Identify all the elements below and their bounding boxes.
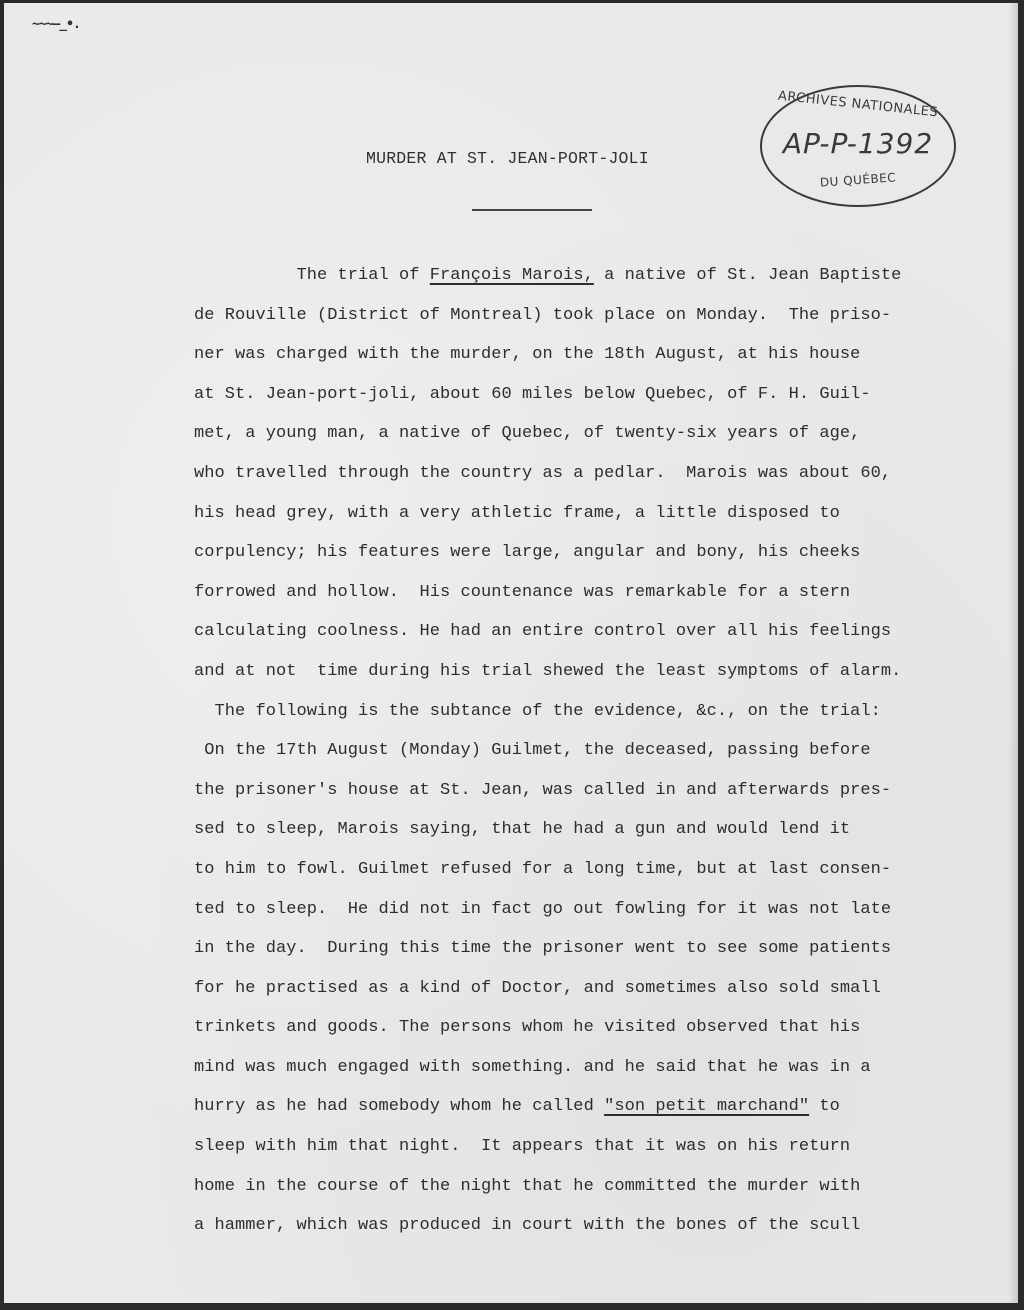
text-line: The following is the subtance of the evi… [194,697,1018,737]
text-segment: and at not time during his trial shewed … [194,662,901,681]
text-segment: forrowed and hollow. His countenance was… [194,583,850,602]
scanned-document-page: ~~~—_•. ARCHIVES NATIONALES AP-P-1392 DU… [4,3,1018,1303]
text-line: forrowed and hollow. His countenance was… [194,578,1018,618]
stamp-call-number: AP-P-1392 [762,127,954,160]
text-segment: who travelled through the country as a p… [194,464,891,483]
text-line: trinkets and goods. The persons whom he … [194,1013,1018,1053]
text-line: On the 17th August (Monday) Guilmet, the… [194,736,1018,776]
text-line: in the day. During this time the prisone… [194,934,1018,974]
text-line: sleep with him that night. It appears th… [194,1132,1018,1172]
text-line: corpulency; his features were large, ang… [194,538,1018,578]
underlined-text: François Marois, [430,266,594,285]
text-line: The trial of François Marois, a native o… [194,261,1018,301]
text-segment: On the 17th August (Monday) Guilmet, the… [194,741,871,760]
corner-handwritten-mark: ~~~—_•. [32,17,80,32]
text-line: mind was much engaged with something. an… [194,1053,1018,1093]
text-segment: trinkets and goods. The persons whom he … [194,1018,860,1037]
text-segment: corpulency; his features were large, ang… [194,543,860,562]
text-segment: hurry as he had somebody whom he called [194,1097,604,1116]
text-segment: to [809,1097,840,1116]
text-segment: ted to sleep. He did not in fact go out … [194,900,891,919]
archive-stamp: ARCHIVES NATIONALES AP-P-1392 DU QUÉBEC [760,85,956,207]
text-line: de Rouville (District of Montreal) took … [194,301,1018,341]
text-segment: a native of St. Jean Baptiste [594,266,902,285]
text-line: to him to fowl. Guilmet refused for a lo… [194,855,1018,895]
text-segment: sleep with him that night. It appears th… [194,1137,850,1156]
text-line: a hammer, which was produced in court wi… [194,1211,1018,1251]
underlined-text: "son petit marchand" [604,1097,809,1116]
text-segment: home in the course of the night that he … [194,1177,860,1196]
document-body: The trial of François Marois, a native o… [194,261,1018,1251]
text-line: for he practised as a kind of Doctor, an… [194,974,1018,1014]
text-line: the prisoner's house at St. Jean, was ca… [194,776,1018,816]
text-segment: in the day. During this time the prisone… [194,939,891,958]
text-segment: ner was charged with the murder, on the … [194,345,860,364]
text-line: and at not time during his trial shewed … [194,657,1018,697]
text-line: at St. Jean-port-joli, about 60 miles be… [194,380,1018,420]
title-underline-rule [472,209,592,211]
text-segment: to him to fowl. Guilmet refused for a lo… [194,860,891,879]
text-line: ted to sleep. He did not in fact go out … [194,895,1018,935]
document-title: MURDER AT ST. JEAN-PORT-JOLI [366,149,649,168]
text-line: home in the course of the night that he … [194,1172,1018,1212]
text-line: who travelled through the country as a p… [194,459,1018,499]
text-line: hurry as he had somebody whom he called … [194,1092,1018,1132]
text-line: his head grey, with a very athletic fram… [194,499,1018,539]
text-line: ner was charged with the murder, on the … [194,340,1018,380]
text-segment: at St. Jean-port-joli, about 60 miles be… [194,385,871,404]
text-segment: The trial of [194,266,430,285]
text-segment: for he practised as a kind of Doctor, an… [194,979,881,998]
text-segment: the prisoner's house at St. Jean, was ca… [194,781,891,800]
text-segment: The following is the subtance of the evi… [194,702,881,721]
text-segment: sed to sleep, Marois saying, that he had… [194,820,850,839]
text-line: sed to sleep, Marois saying, that he had… [194,815,1018,855]
text-segment: met, a young man, a native of Quebec, of… [194,424,860,443]
text-segment: mind was much engaged with something. an… [194,1058,871,1077]
text-segment: his head grey, with a very athletic fram… [194,504,840,523]
text-segment: calculating coolness. He had an entire c… [194,622,891,641]
text-segment: a hammer, which was produced in court wi… [194,1216,860,1235]
stamp-top-text: ARCHIVES NATIONALES [762,87,955,122]
stamp-bottom-text: DU QUÉBEC [762,166,955,193]
text-line: calculating coolness. He had an entire c… [194,617,1018,657]
text-segment: de Rouville (District of Montreal) took … [194,306,891,325]
text-line: met, a young man, a native of Quebec, of… [194,419,1018,459]
